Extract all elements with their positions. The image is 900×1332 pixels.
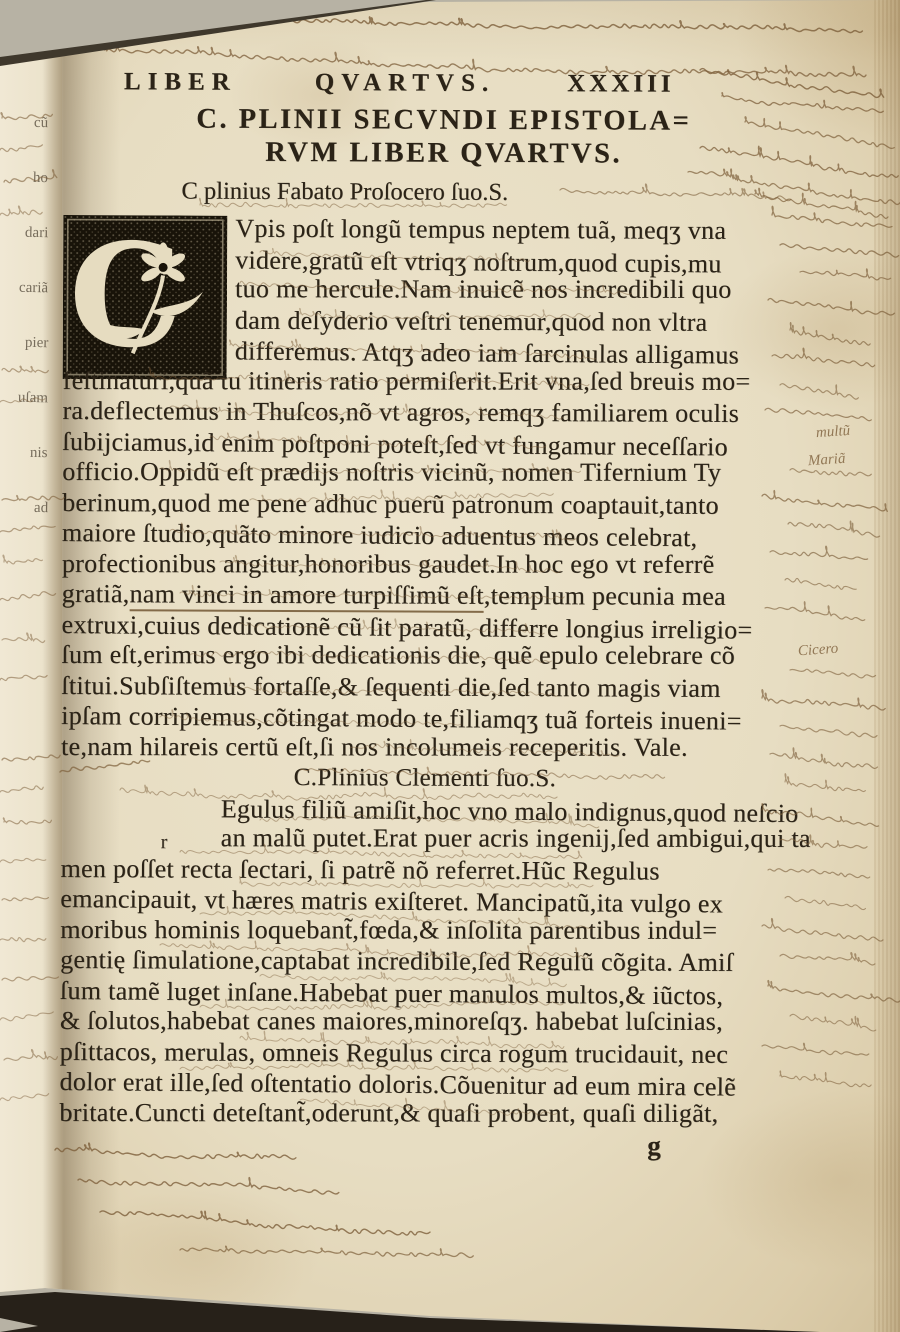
ink-underlined-phrase: nam vinci in amore turpiſſimũ eſt [129,579,483,613]
print-line: britate.Cuncti deteſtant̃,oderunt,& quaſ… [59,1097,787,1128]
print-line: ſum eſt,erimus ergo ibi dedicationis die… [61,640,789,671]
print-line: ſtitui.Subſiſtemus fortaſſe,& ſequenti d… [61,670,789,704]
marginalia-word: multũ [815,423,850,442]
folio-number: XXXIII [567,70,675,104]
print-line: feſtinaturi,quã tu itineris ratio permiſ… [63,365,791,396]
print-line: profectionibus angitur,honoribus gaudet.… [62,548,790,579]
print-text: an malũ putet.Erat puer acris ingenij,ſe… [221,823,811,853]
marginalia-word: Mariã [807,451,846,471]
book-photo: cũ ho dari cariã pier uſam nis ad LIBER … [0,0,900,1332]
print-line: dam deſyderio veſtri tenemur,quod non vl… [63,304,791,338]
print-line: men poſſet recta ſectari, ſi patrẽ nõ re… [60,853,788,887]
print-line: berinum,quod me pene adhuc puerũ patronu… [62,487,790,521]
print-line: ra.deflectemus in Thuſcos,nõ vt agros, r… [62,396,790,430]
letter2-salutation: C.Plinius Clementi ſuo.S. [61,762,789,796]
letter1-salutation: C plinius Fabato Proſocero ſuo.S. [181,178,791,211]
chapter-title-line2: RVM LIBER QVARTVS. [94,135,794,171]
print-line: moribus hominis loquebant̃,fœda,& inſoli… [60,914,788,945]
running-head-quartus: QVARTVS. [315,69,496,104]
signature-mark-g: g [647,1131,787,1164]
page-fore-edge [874,0,900,1332]
print-line: te,nam hilareis certũ eſt,ſi nos incolum… [61,731,789,762]
running-head: LIBER QVARTVS. XXXIII [124,68,792,105]
print-line: & ſolutos,habebat canes maiores,minoreſq… [60,1006,788,1037]
print-line: pſittacos, merulas, omneis Regulus circa… [60,1036,788,1070]
print-line: tuo me hercule.Nam inuicẽ nos incredibil… [63,274,791,305]
print-text: gratiã, [62,579,130,608]
running-head-liber: LIBER [124,68,237,102]
letter1-body: C V [59,213,791,1163]
print-line: ran malũ putet.Erat puer acris ingenij,ſ… [61,823,789,854]
print-line-underlined: gratiã,nam vinci in amore turpiſſimũ eſt… [62,579,790,613]
print-text: ,templum pecunia mea [484,581,726,611]
marginalia-word: Cicero [797,641,838,661]
print-line: officio.Oppidũ eſt prædijs noſtris vicin… [62,457,790,488]
printed-text-block: LIBER QVARTVS. XXXIII C. PLINII SECVNDI … [59,68,792,1163]
chapter-title-line1: C. PLINII SECVNDI EPISTOLA= [94,102,794,138]
print-line: gentię ſimulatione,captabat incredibile,… [60,945,788,979]
print-line: Vpis poſt longũ tempus neptem tuã, meqʒ … [63,213,791,247]
